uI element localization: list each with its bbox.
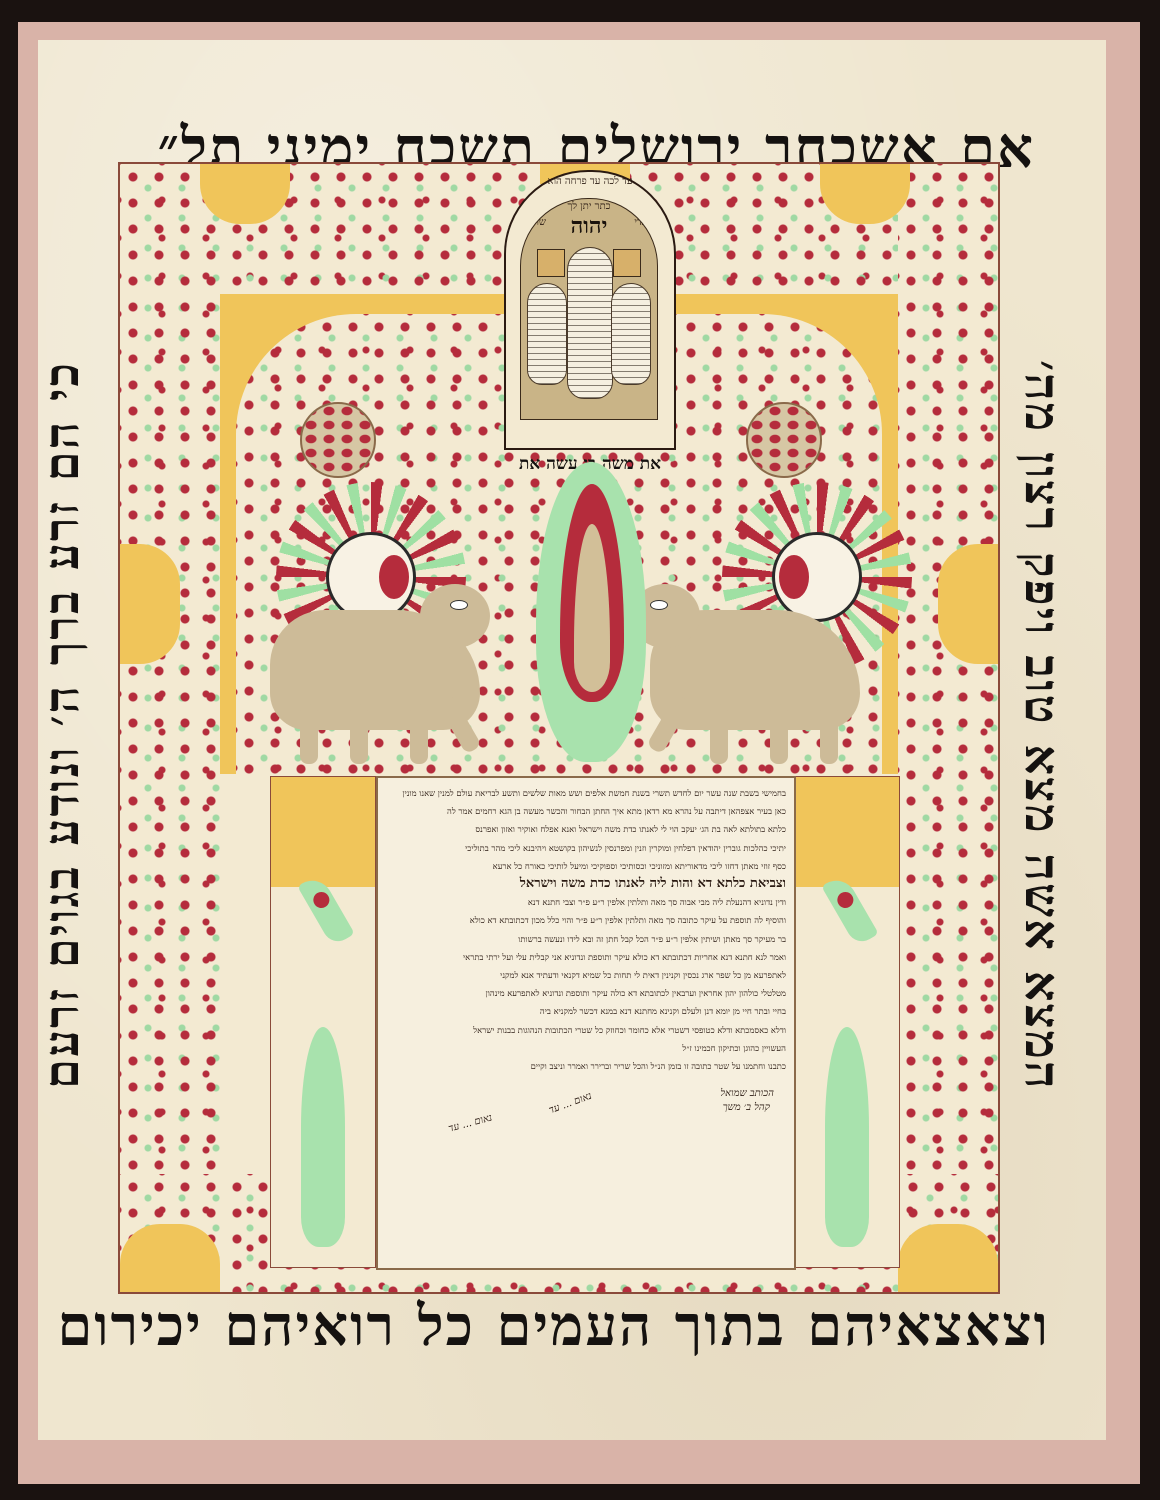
contract-line: וצביאת כלתא דא והות ליה לאנתו כדת משה וי… [386, 875, 786, 893]
contract-body: בחמישי בשבת שנה עשר יום לחדש תשרי בשנת ח… [386, 784, 786, 1075]
contract-line: ודין נדוניא דהנעלת ליה מבי אבוה סך מאה ו… [386, 893, 786, 911]
left-side-panel [270, 776, 376, 1268]
contract-line: העשויין כהוגן וכתיקון חכמינו ז״ל [386, 1039, 786, 1057]
border-text-bottom: וצאצאיהם בתוך העמים כל רואיהם יכירום [180, 1296, 1050, 1356]
right-side-panel [794, 776, 900, 1268]
left-floral-band [120, 164, 220, 1292]
contract-line: כאן בעיר אצפהאן דיתבה על נהרא מא רדאן מת… [386, 802, 786, 820]
sun-face-left [326, 532, 416, 622]
left-text-column [527, 283, 567, 385]
yellow-cartouche [898, 1224, 998, 1292]
contract-line: לאתפרעא מן כל שפר ארג נכסין וקנינין דאית… [386, 966, 786, 984]
yellow-cartouche [938, 544, 998, 664]
contract-line: כסף זוזי מאתן דחזו ליכי מדאוריתא ומזוניכ… [386, 857, 786, 875]
contract-line: בר מעיקר סך מאתן ושיתין אלפין ר״ע פ״ר הכ… [386, 930, 786, 948]
cypress-icon [301, 1027, 345, 1247]
contract-line: ודלא כאסמכתא ודלא כטופסי דשטרי אלא כחומר… [386, 1021, 786, 1039]
center-text-column [567, 247, 613, 399]
tablet-icon [537, 249, 565, 277]
witness-signature-2: נאום ... עד [447, 1112, 493, 1134]
yellow-cartouche [120, 1224, 220, 1292]
contract-text-panel: בחמישי בשבת שנה עשר יום לחדש תשרי בשנת ח… [376, 776, 796, 1270]
pomegranate-icon [300, 402, 376, 478]
torah-ark-panel: עד לכה עד פרחה הוא כתר יתן לך יהוה שויתי… [504, 170, 676, 450]
right-medallion: לנגדי [634, 217, 653, 228]
witness-signature-1: נאום ... עד [547, 1091, 593, 1117]
ark-interior: כתר יתן לך יהוה שויתי לנגדי [520, 198, 658, 420]
border-text-left: כי הם זרע ברך ה׳ ונודע בגוים זרעם [34, 150, 104, 1300]
right-text-column [611, 283, 651, 385]
tablet-icon [613, 249, 641, 277]
contract-line: מטלטלי כולהון יהון אחראין וערבאין לכתובת… [386, 984, 786, 1002]
contract-line: בחיי ובתר חיי מן יומא דנן ולעלם וקנינא מ… [386, 1002, 786, 1020]
left-medallion: שויתי [525, 217, 546, 228]
pomegranate-icon [746, 402, 822, 478]
right-floral-band [898, 164, 998, 1292]
scribe-signature: הכותב שמואל [720, 1088, 774, 1099]
cypress-icon [825, 1027, 869, 1247]
contract-line: בחמישי בשבת שנה עשר יום לחדש תשרי בשנת ח… [386, 784, 786, 802]
contract-line: כלתא בתולתא לאה בת הג׳ יעקב הוי לי לאנתו… [386, 820, 786, 838]
border-text-right: המצא אשה מצא טוב ויפק רצון מה׳ [1000, 150, 1070, 1300]
signature-area: הכותב שמואל קהל ב׳ משך נאום ... עד נאום … [378, 1078, 794, 1198]
scribe-community: קהל ב׳ משך [723, 1102, 770, 1113]
contract-line: כתבנו וחתמנו על שטר כתובה זו בזמן הנ״ל ו… [386, 1057, 786, 1075]
sun-face-right [772, 532, 862, 622]
contract-line: והוסיף לה תוספת על עיקר כתובה סך מאה ותל… [386, 911, 786, 929]
contract-line: יתיכי כהלכות גוברין יהודאין דפלחין ומוקר… [386, 839, 786, 857]
arch-inscription: עד לכה עד פרחה הוא [510, 176, 670, 187]
illuminated-frame: עד לכה עד פרחה הוא כתר יתן לך יהוה שויתי… [118, 162, 1000, 1294]
crown-inscription: כתר יתן לך [521, 201, 657, 212]
contract-line: ואמר לנא חתנא דנא אחריות דכתובתא דא כולא… [386, 948, 786, 966]
yellow-cartouche [120, 544, 180, 664]
